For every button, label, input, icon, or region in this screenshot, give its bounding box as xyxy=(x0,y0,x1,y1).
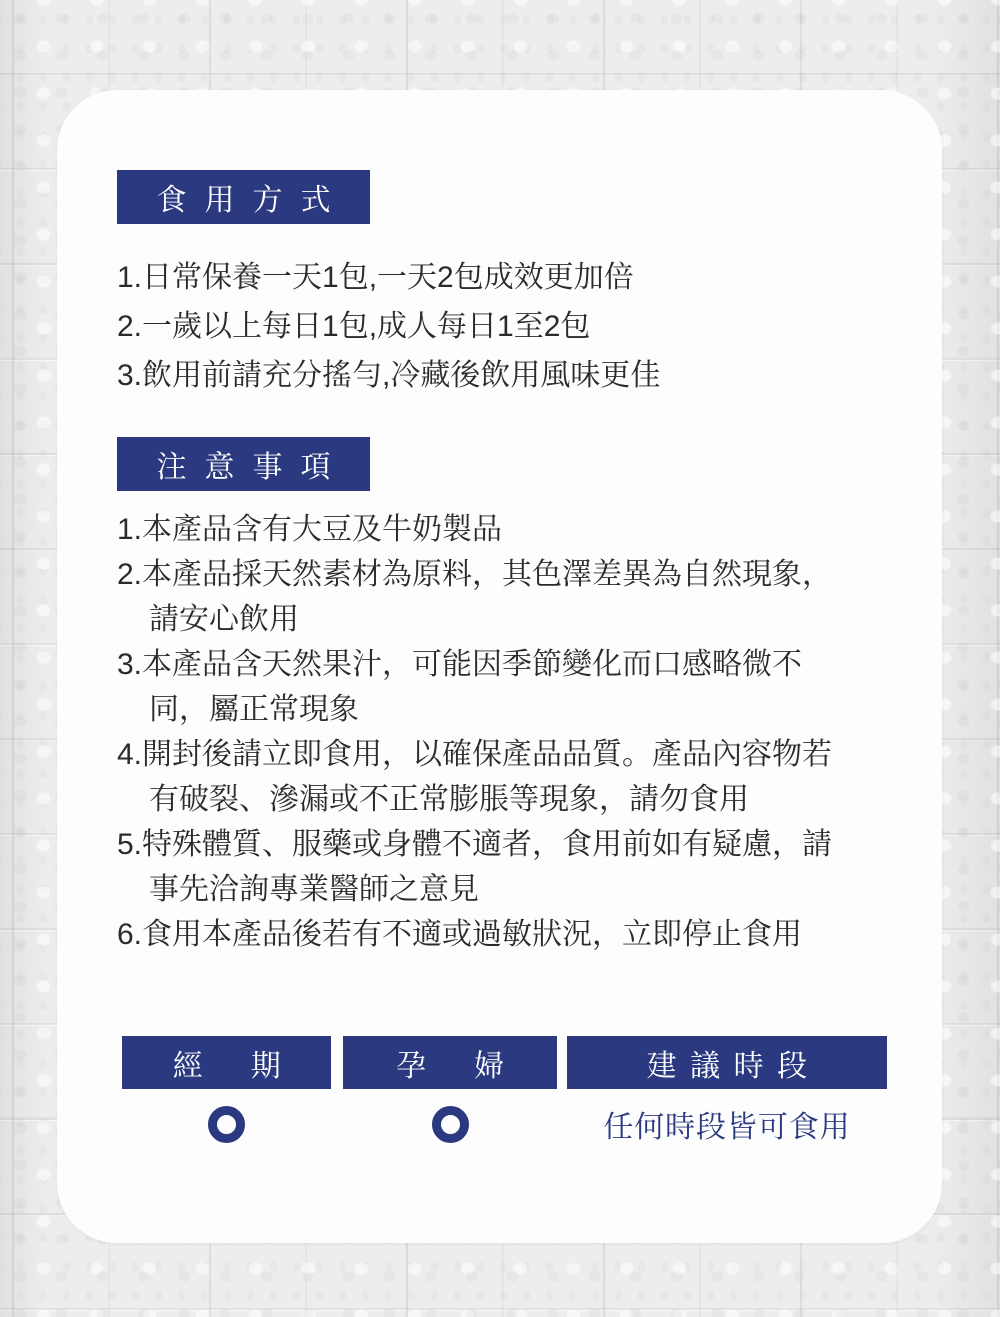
list-item: 3.本產品含天然果汁，可能因季節變化而口感略微不 同，屬正常現象 xyxy=(117,642,887,732)
header-cell-menstrual: 經期 xyxy=(122,1036,331,1089)
list-item-line: 3.飲用前請充分搖勻,冷藏後飲用風味更佳 xyxy=(117,351,887,400)
circle-ok-icon xyxy=(208,1106,245,1143)
header-cell-pregnant: 孕婦 xyxy=(343,1036,556,1089)
header-cell-recommended-time-label: 建議時段 xyxy=(647,1041,821,1085)
list-item-line: 事先洽詢專業醫師之意見 xyxy=(117,867,887,912)
suitability-table: 經期 孕婦 建議時段 任何時段皆可食用 xyxy=(122,1036,887,1159)
list-item-line: 1.日常保養一天1包,一天2包成效更加倍 xyxy=(117,253,887,302)
recommended-time-text: 任何時段皆可食用 xyxy=(603,1102,850,1146)
list-item: 2.本產品採天然素材為原料，其色澤差異為自然現象， 請安心飲用 xyxy=(117,552,887,642)
section-badge-precautions-label: 注意事項 xyxy=(157,442,349,486)
list-item-line: 同，屬正常現象 xyxy=(117,687,887,732)
circle-ok-icon xyxy=(432,1106,469,1143)
list-item: 1.本產品含有大豆及牛奶製品 xyxy=(117,507,887,552)
list-item: 4.開封後請立即食用，以確保產品品質。產品內容物若 有破裂、滲漏或不正常膨脹等現… xyxy=(117,732,887,822)
value-cell-menstrual xyxy=(122,1089,331,1159)
list-item-line: 3.本產品含天然果汁，可能因季節變化而口感略微不 xyxy=(117,642,887,687)
table-column-pregnant: 孕婦 xyxy=(343,1036,556,1159)
section-badge-usage-label: 食用方式 xyxy=(157,175,349,219)
header-cell-menstrual-label: 經期 xyxy=(173,1041,329,1085)
list-item-line: 1.本產品含有大豆及牛奶製品 xyxy=(117,507,887,552)
section-badge-usage: 食用方式 xyxy=(117,170,370,224)
table-column-menstrual: 經期 xyxy=(122,1036,331,1159)
list-item-line: 2.一歲以上每日1包,成人每日1至2包 xyxy=(117,302,887,351)
list-item: 2.一歲以上每日1包,成人每日1至2包 xyxy=(117,302,887,351)
header-cell-recommended-time: 建議時段 xyxy=(567,1036,887,1089)
section-badge-precautions: 注意事項 xyxy=(117,437,370,491)
list-item: 1.日常保養一天1包,一天2包成效更加倍 xyxy=(117,253,887,302)
precautions-list: 1.本產品含有大豆及牛奶製品 2.本產品採天然素材為原料，其色澤差異為自然現象，… xyxy=(117,507,887,957)
content-card: 食用方式 1.日常保養一天1包,一天2包成效更加倍 2.一歲以上每日1包,成人每… xyxy=(57,90,942,1243)
list-item-line: 2.本產品採天然素材為原料，其色澤差異為自然現象， xyxy=(117,552,887,597)
list-item: 3.飲用前請充分搖勻,冷藏後飲用風味更佳 xyxy=(117,351,887,400)
value-cell-recommended-time: 任何時段皆可食用 xyxy=(567,1089,887,1159)
list-item-line: 6.食用本產品後若有不適或過敏狀況，立即停止食用 xyxy=(117,912,887,957)
list-item-line: 請安心飲用 xyxy=(117,597,887,642)
list-item: 5.特殊體質、服藥或身體不適者，食用前如有疑慮，請 事先洽詢專業醫師之意見 xyxy=(117,822,887,912)
list-item-line: 4.開封後請立即食用，以確保產品品質。產品內容物若 xyxy=(117,732,887,777)
table-column-recommended-time: 建議時段 任何時段皆可食用 xyxy=(567,1036,887,1159)
list-item-line: 5.特殊體質、服藥或身體不適者，食用前如有疑慮，請 xyxy=(117,822,887,867)
value-cell-pregnant xyxy=(343,1089,556,1159)
list-item: 6.食用本產品後若有不適或過敏狀況，立即停止食用 xyxy=(117,912,887,957)
page-background: { "colors": { "navy": "#2b3a80", "body_t… xyxy=(0,0,1000,1317)
header-cell-pregnant-label: 孕婦 xyxy=(396,1041,552,1085)
list-item-line: 有破裂、滲漏或不正常膨脹等現象，請勿食用 xyxy=(117,777,887,822)
usage-list: 1.日常保養一天1包,一天2包成效更加倍 2.一歲以上每日1包,成人每日1至2包… xyxy=(117,253,887,400)
